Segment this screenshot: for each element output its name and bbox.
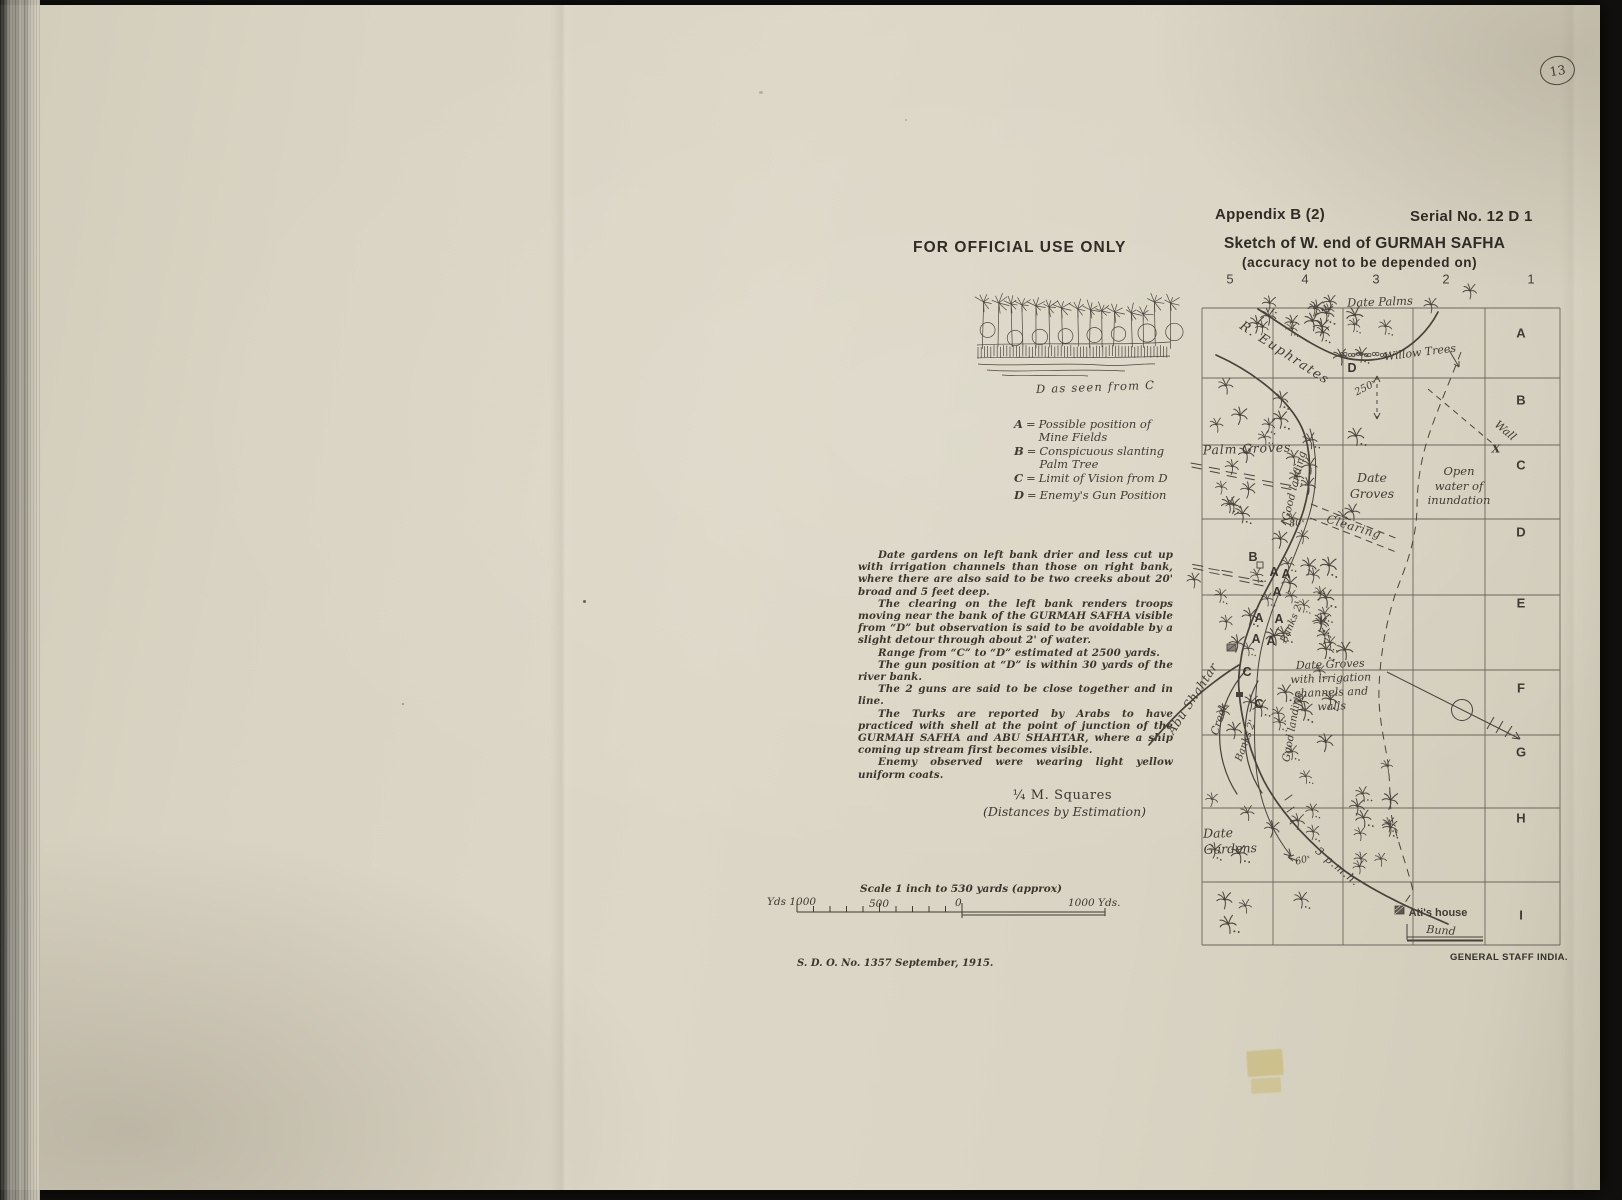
map-marker-c: C (1242, 665, 1251, 679)
map-marker-c: C (1254, 697, 1263, 711)
map-label-dist-80: 80ˣ (1289, 517, 1305, 530)
grid-column-1: 1 (1527, 272, 1534, 287)
grid-row-D: D (1516, 525, 1525, 540)
map-marker-a: A (1272, 585, 1281, 599)
map-marker-a: A (1251, 632, 1260, 646)
inset-grove-sketch (975, 293, 1183, 376)
map-label-palm-groves: Palm Groves (1203, 439, 1292, 458)
map-marker-a: A (1254, 611, 1263, 625)
map-marker-a: A (1274, 612, 1283, 626)
map-marker-b: B (1248, 550, 1257, 564)
map-label-atis-house: Ati's house (1409, 906, 1468, 920)
grid-row-G: G (1516, 745, 1526, 760)
north-arrow (1387, 672, 1520, 739)
map-label-date-gardens: Date Gardens (1203, 824, 1257, 858)
map-label-date-groves: Date Groves (1350, 470, 1394, 502)
grid-row-B: B (1516, 393, 1525, 408)
grid-row-C: C (1516, 458, 1525, 473)
grid-column-5: 5 (1226, 272, 1233, 287)
grid-row-F: F (1517, 681, 1525, 696)
grid-column-3: 3 (1372, 272, 1379, 287)
grid-row-E: E (1517, 596, 1526, 611)
grid-row-A: A (1516, 326, 1525, 341)
map-label-bund: Bund (1426, 923, 1456, 939)
scale-bar (797, 903, 1105, 918)
photo-stage: 13 FOR OFFICIAL USE ONLY Appendix B (2) … (0, 0, 1622, 1200)
map-label-date-palms: Date Palms (1347, 293, 1413, 310)
map-label-open-water: Open water of inundation (1428, 464, 1491, 508)
grid-row-I: I (1519, 908, 1523, 923)
map-marker-a: A (1269, 565, 1278, 579)
willow-symbols (1340, 352, 1387, 356)
map-drawing (0, 0, 1622, 1200)
grid-row-H: H (1516, 811, 1525, 826)
map-marker-a: A (1266, 634, 1275, 648)
map-marker-a: A (1281, 567, 1290, 581)
grid-column-4: 4 (1301, 272, 1308, 287)
grid-column-2: 2 (1442, 272, 1449, 287)
map-label-wall-x: X (1492, 442, 1501, 457)
map-marker-d: D (1347, 361, 1356, 375)
